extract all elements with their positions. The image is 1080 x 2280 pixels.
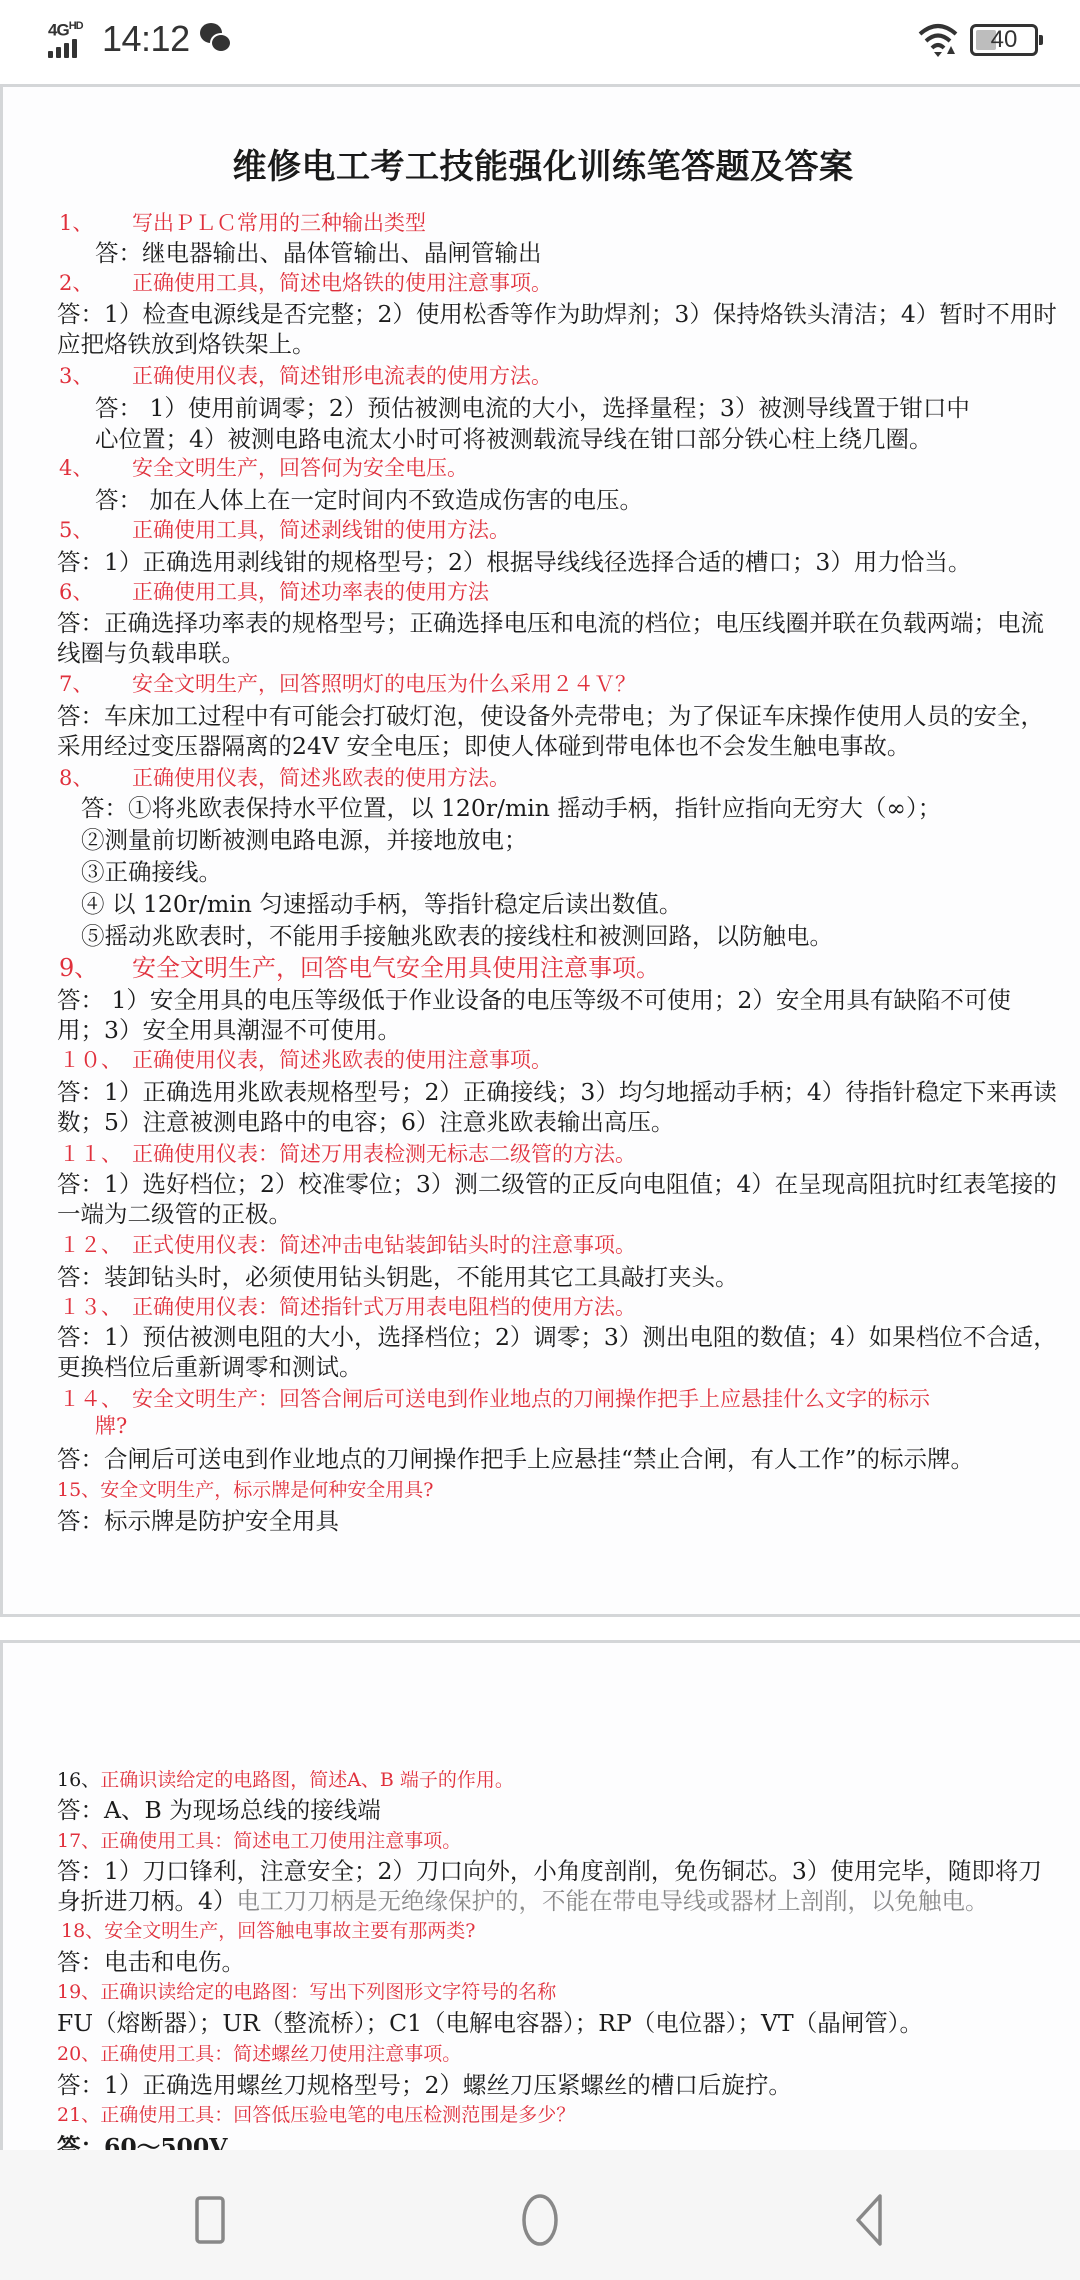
document-page-1: 维修电工考工技能强化训练笔答题及答案 1、写出ＰＬＣ常用的三种输出类型 答：继电…	[0, 84, 1080, 1617]
answer-6: 答：正确选择功率表的规格型号；正确选择电压和电流的档位；电压线圈并联在负载两端；…	[57, 608, 1057, 668]
square-icon	[195, 2196, 225, 2244]
wechat-icon	[200, 23, 234, 55]
answer-2: 答：1）检查电源线是否完整；2）使用松香等作为助焊剂；3）保持烙铁头清洁；4）暂…	[57, 299, 1057, 359]
answer-5: 答：1）正确选用剥线钳的规格型号；2）根据导线线径选择合适的槽口；3）用力恰当。	[57, 547, 971, 577]
question-17: 17、正确使用工具：简述电工刀使用注意事项。	[57, 1826, 461, 1856]
question-11: １１、正确使用仪表：简述万用表检测无标志二级管的方法。	[59, 1139, 636, 1169]
question-9: 9、安全文明生产，回答电气安全用具使用注意事项。	[59, 953, 660, 983]
back-triangle-icon	[854, 2193, 886, 2247]
question-7: 7、安全文明生产，回答照明灯的电压为什么采用２４Ｖ？	[59, 669, 636, 699]
home-button[interactable]	[510, 2190, 570, 2250]
question-18: 18、安全文明生产，回答触电事故主要有那两类?	[61, 1916, 475, 1946]
question-10: １０、正确使用仪表，简述兆欧表的使用注意事项。	[59, 1045, 552, 1075]
question-21: 21、正确使用工具：回答低压验电笔的电压检测范围是多少？	[57, 2100, 575, 2130]
answer-7: 答：车床加工过程中有可能会打破灯泡，使设备外壳带电；为了保证车床操作使用人员的安…	[57, 701, 1057, 761]
question-6: 6、正确使用工具，简述功率表的使用方法	[59, 577, 489, 607]
question-16: 16、正确识读给定的电路图，简述A、B 端子的作用。	[57, 1765, 514, 1795]
answer-21: 答：60～500V。	[57, 2132, 251, 2150]
answer-1: 答：继电器输出、晶体管输出、晶闸管输出	[95, 238, 542, 268]
answer-17: 答：1）刀口锋利，注意安全；2）刀口向外，小角度剖削，免伤铜芯。3）使用完毕，随…	[57, 1856, 1057, 1916]
back-button[interactable]	[840, 2190, 900, 2250]
question-4: 4、安全文明生产，回答何为安全电压。	[59, 453, 468, 483]
answer-8-line-2: ②测量前切断被测电路电源，并接地放电；	[81, 825, 528, 855]
circle-icon	[520, 2193, 560, 2247]
question-2: 2、正确使用工具，简述电烙铁的使用注意事项。	[59, 268, 552, 298]
wifi-icon	[918, 22, 958, 58]
question-1: 1、写出ＰＬＣ常用的三种输出类型	[59, 208, 426, 238]
question-15: 15、安全文明生产，标示牌是何种安全用具?	[57, 1475, 433, 1505]
question-12: １２、正式使用仪表：简述冲击电钻装卸钻头时的注意事项。	[59, 1230, 636, 1260]
answer-18: 答：电击和电伤。	[57, 1947, 245, 1977]
question-14-line-2: 牌?	[95, 1411, 127, 1441]
answer-15: 答：标示牌是防护安全用具	[57, 1506, 339, 1536]
signal-icon: 4GHD	[46, 18, 96, 60]
status-bar: 4GHD 14:12 40	[0, 0, 1080, 84]
document-title: 维修电工考工技能强化训练笔答题及答案	[3, 139, 1080, 188]
answer-8-line-4: ④ 以 120r/min 匀速摇动手柄，等指针稳定后读出数值。	[81, 889, 682, 919]
question-3: 3、正确使用仪表，简述钳形电流表的使用方法。	[59, 361, 552, 391]
navigation-bar	[0, 2150, 1080, 2280]
answer-14: 答：合闸后可送电到作业地点的刀闸操作把手上应悬挂“禁止合闸，有人工作”的标示牌。	[57, 1444, 974, 1474]
answer-10: 答：1）正确选用兆欧表规格型号；2）正确接线；3）均匀地摇动手柄；4）待指针稳定…	[57, 1077, 1057, 1137]
clock: 14:12	[102, 18, 190, 60]
question-5: 5、正确使用工具，简述剥线钳的使用方法。	[59, 515, 510, 545]
answer-13: 答：1）预估被测电阻的大小，选择档位；2）调零；3）测出电阻的数值；4）如果档位…	[57, 1322, 1057, 1382]
answer-8-line-1: 答：①将兆欧表保持水平位置，以 120r/min 摇动手柄，指针应指向无穷大（∞…	[81, 793, 941, 823]
document-page-2: 16、正确识读给定的电路图，简述A、B 端子的作用。 答：A、B 为现场总线的接…	[0, 1640, 1080, 2150]
answer-4: 答： 加在人体上在一定时间内不致造成伤害的电压。	[95, 485, 643, 515]
answer-8-line-5: ⑤摇动兆欧表时，不能用手接触兆欧表的接线柱和被测回路，以防触电。	[81, 921, 833, 951]
answer-3-line-2: 心位置；4）被测电路电流太小时可将被测载流导线在钳口部分铁心柱上绕几圈。	[95, 424, 932, 454]
question-20: 20、正确使用工具：简述螺丝刀使用注意事项。	[57, 2039, 461, 2069]
answer-16: 答：A、B 为现场总线的接线端	[57, 1795, 381, 1825]
answer-20: 答：1）正确选用螺丝刀规格型号；2）螺丝刀压紧螺丝的槽口后旋拧。	[57, 2070, 792, 2100]
question-13: １３、正确使用仪表：简述指针式万用表电阻档的使用方法。	[59, 1292, 636, 1322]
answer-11: 答：1）选好档位；2）校准零位；3）测二级管的正反向电阻值；4）在呈现高阻抗时红…	[57, 1169, 1057, 1229]
question-19: 19、正确识读给定的电路图：写出下列图形文字符号的名称	[57, 1977, 556, 2007]
battery-level: 40	[991, 26, 1018, 54]
question-14: １４、安全文明生产：回答合闸后可送电到作业地点的刀闸操作把手上应悬挂什么文字的标…	[59, 1384, 930, 1414]
answer-3-line-1: 答： 1）使用前调零；2）预估被测电流的大小，选择量程；3）被测导线置于钳口中	[95, 393, 970, 423]
answer-9: 答： 1）安全用具的电压等级低于作业设备的电压等级不可使用；2）安全用具有缺陷不…	[57, 985, 1057, 1045]
document-viewer[interactable]: 维修电工考工技能强化训练笔答题及答案 1、写出ＰＬＣ常用的三种输出类型 答：继电…	[0, 84, 1080, 2150]
answer-8-line-3: ③正确接线。	[81, 857, 222, 887]
answer-19: FU（熔断器）；UR（整流桥）；C1（电解电容器）；RP（电位器）；VT（晶闸管…	[57, 2008, 923, 2038]
question-8: 8、正确使用仪表，简述兆欧表的使用方法。	[59, 763, 510, 793]
battery-icon: 40	[970, 24, 1038, 56]
answer-12: 答：装卸钻头时，必须使用钻头钥匙，不能用其它工具敲打夹头。	[57, 1262, 739, 1292]
recent-apps-button[interactable]	[180, 2190, 240, 2250]
